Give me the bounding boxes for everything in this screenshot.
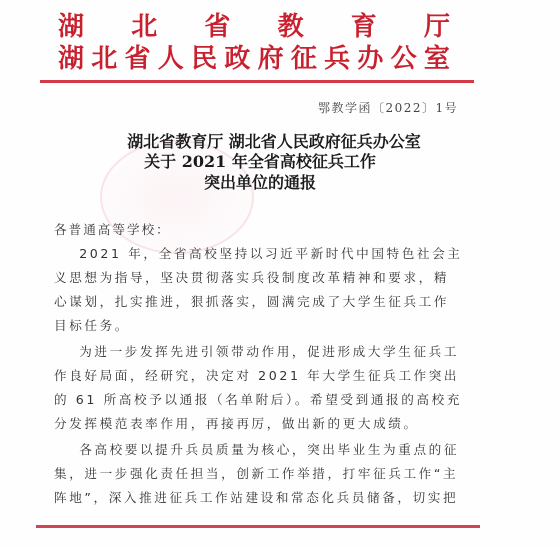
letterhead-char: 办 <box>357 44 383 74</box>
document-title-line-2: 关于 2021 年全省高校征兵工作 <box>0 152 540 171</box>
document-number: 鄂教学函〔2022〕1号 <box>318 99 458 116</box>
letterhead-char: 北 <box>91 44 117 74</box>
letterhead-char: 公 <box>391 44 417 74</box>
body-paragraph: 各高校要以提升兵员质量为核心，突出毕业生为重点的征集，进一步强化责任担当，创新工… <box>54 438 464 510</box>
letterhead-char: 民 <box>191 44 217 74</box>
letterhead-char: 北 <box>131 12 157 42</box>
body-paragraph: 为进一步发挥先进引领带动作用，促进形成大学生征兵工作良好局面，经研究，决定对 2… <box>54 340 464 436</box>
letterhead-char: 湖 <box>58 12 84 42</box>
letterhead-divider <box>40 80 474 83</box>
letterhead-char: 省 <box>204 12 230 42</box>
body-paragraph: 2021 年，全省高校坚持以习近平新时代中国特色社会主义思想为指导，坚决贯彻落实… <box>54 242 464 338</box>
footer-divider <box>36 525 480 528</box>
letterhead-char: 厅 <box>424 12 450 42</box>
letterhead-char: 政 <box>224 44 250 74</box>
letterhead-char: 省 <box>125 44 151 74</box>
salutation: 各普通高等学校： <box>54 218 464 242</box>
letterhead-char: 育 <box>351 12 377 42</box>
document-page: 湖 北 省 教 育 厅 湖 北 省 人 民 政 府 征 兵 办 公 室 鄂教学函… <box>0 0 560 548</box>
letterhead-char: 湖 <box>58 44 84 74</box>
letterhead-conscription-office: 湖 北 省 人 民 政 府 征 兵 办 公 室 <box>58 44 450 74</box>
letterhead-char: 教 <box>278 12 304 42</box>
letterhead-char: 室 <box>424 44 450 74</box>
document-title-line-3: 突出单位的通报 <box>0 173 540 192</box>
document-title-line-1: 湖北省教育厅 湖北省人民政府征兵办公室 <box>0 132 554 151</box>
letterhead-char: 兵 <box>324 44 350 74</box>
letterhead-education-department: 湖 北 省 教 育 厅 <box>58 12 450 42</box>
letterhead-char: 人 <box>158 44 184 74</box>
letterhead-char: 征 <box>291 44 317 74</box>
letterhead-char: 府 <box>258 44 284 74</box>
